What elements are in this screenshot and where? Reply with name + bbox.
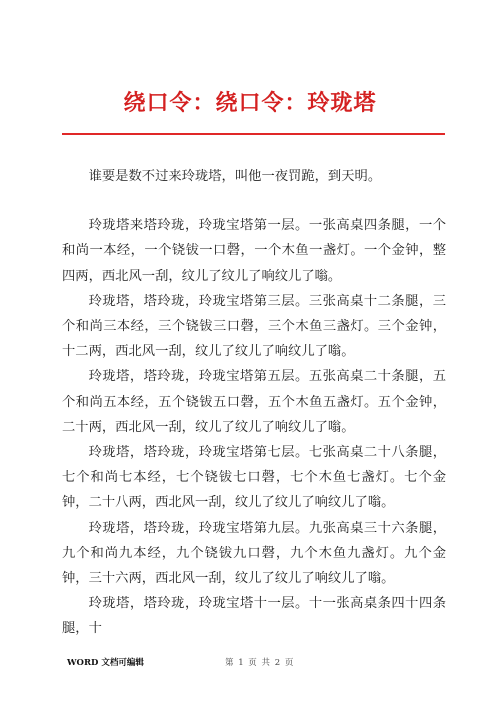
- paragraph-layer-5: 玲珑塔，塔玲珑，玲珑宝塔第五层。五张高桌二十条腿，五个和尚五本经，五个铙钹五口磬…: [62, 364, 446, 440]
- paragraph-layer-9: 玲珑塔，塔玲珑，玲珑宝塔第九层。九张高桌三十六条腿，九个和尚九本经，九个铙钹九口…: [62, 516, 446, 592]
- paragraph-layer-3: 玲珑塔，塔玲珑，玲珑宝塔第三层。三张高桌十二条腿，三个和尚三本经，三个铙钹三口磬…: [62, 289, 446, 365]
- document-title: 绕口令：绕口令：玲珑塔: [0, 86, 500, 117]
- paragraph-layer-1: 玲珑塔来塔玲珑，玲珑宝塔第一层。一张高桌四条腿，一个和尚一本经，一个铙钹一口磬，…: [62, 213, 446, 289]
- footer-page-number: 第 1 页 共 2 页: [225, 656, 294, 668]
- document-body: 谁要是数不过来玲珑塔，叫他一夜罚跪，到天明。 玲珑塔来塔玲珑，玲珑宝塔第一层。一…: [62, 164, 446, 642]
- paragraph-layer-7: 玲珑塔，塔玲珑，玲珑宝塔第七层。七张高桌二十八条腿，七个和尚七本经，七个铙钹七口…: [62, 440, 446, 516]
- paragraph-layer-11: 玲珑塔，塔玲珑，玲珑宝塔十一层。十一张高桌条四十四条腿，十: [62, 591, 446, 641]
- intro-paragraph: 谁要是数不过来玲珑塔，叫他一夜罚跪，到天明。: [62, 164, 446, 189]
- title-divider: [62, 133, 445, 135]
- footer-editable-label: WORD 文档可编辑: [67, 656, 144, 668]
